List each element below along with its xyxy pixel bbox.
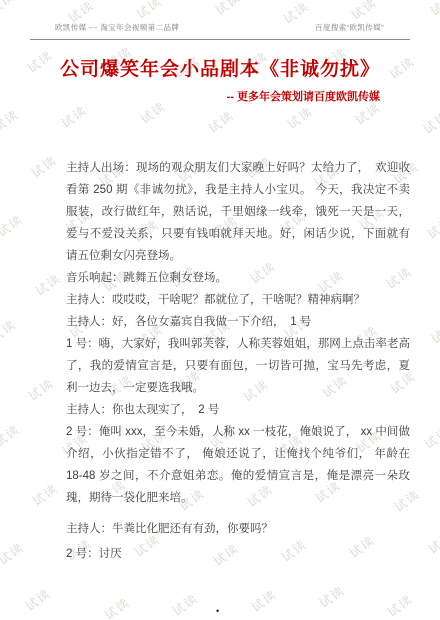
header-brand-text: 欧凯传媒 --- 淘宝年会视频第二品牌 — [55, 22, 179, 33]
paragraph: 主持人：哎哎哎，干啥呢？都就位了，干啥呢？精神病啊？ — [66, 289, 410, 311]
document-header: 欧凯传媒 --- 淘宝年会视频第二品牌 百度搜索“欧凯传媒” — [30, 22, 410, 33]
page-title: 公司爆笑年会小品剧本《非诚勿扰》 — [30, 54, 410, 81]
header-search-hint-text: 百度搜索“欧凯传媒” — [315, 22, 384, 33]
header-divider — [30, 39, 410, 40]
footer-dot: • — [216, 607, 219, 616]
paragraph: 2 号：讨厌 — [66, 543, 410, 565]
page-subtitle: -- 更多年会策划请百度欧凯传媒 — [30, 88, 380, 104]
document-page: 试读试读试读试读试读试读试读试读试读试读试读试读试读试读试读试读试读试读试读试读… — [0, 0, 440, 620]
paragraph: 1 号：嗨，大家好，我叫郭芙蓉，人称芙蓉姐姐，那网上点击率老高了，我的爱情宣言是… — [66, 333, 410, 399]
paragraph: 主持人：好，各位女嘉宾自我做一下介绍， 1 号 — [66, 311, 410, 333]
paragraph: 主持人：你也太现实了， 2 号 — [66, 399, 410, 421]
paragraph: 音乐响起：跳舞五位剩女登场。 — [66, 267, 410, 289]
paragraph: 2 号：俺叫 xxx，至今未婚，人称 xx 一枝花，俺娘说了， xx 中间做介绍… — [66, 421, 410, 509]
paragraph: 主持人：牛粪比化肥还有有劲，你要吗？ — [66, 518, 410, 540]
document-content: 欧凯传媒 --- 淘宝年会视频第二品牌 百度搜索“欧凯传媒” 公司爆笑年会小品剧… — [0, 0, 440, 620]
paragraph: 主持人出场：现场的观众朋友们大家晚上好吗？太给力了， 欢迎收看第 250 期《非… — [66, 157, 410, 267]
script-body: 主持人出场：现场的观众朋友们大家晚上好吗？太给力了， 欢迎收看第 250 期《非… — [66, 157, 410, 565]
